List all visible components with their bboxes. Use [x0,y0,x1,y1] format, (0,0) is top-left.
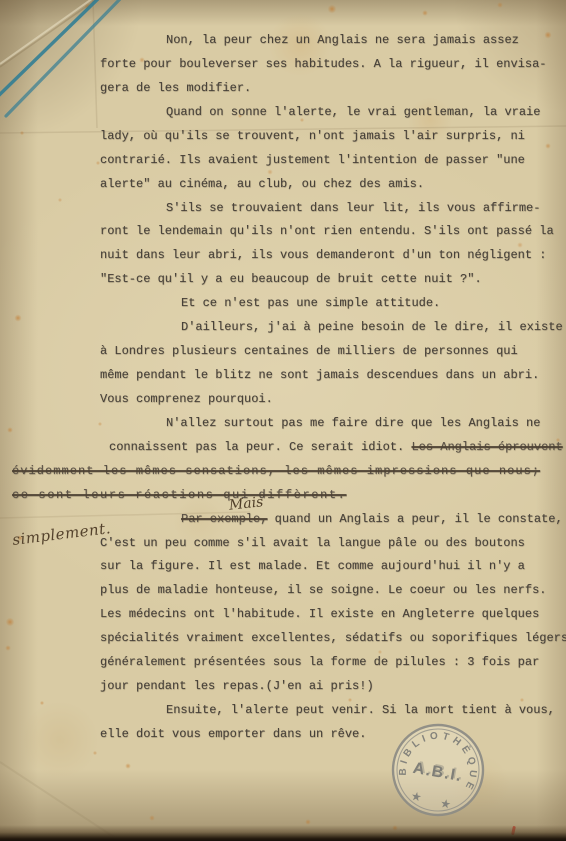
typed-segment: Vous comprenez pourquoi. [100,392,273,406]
typed-line: alerte" au cinéma, au club, ou chez des … [100,177,424,191]
typed-segment: à Londres plusieurs centaines de millier… [100,344,518,358]
document-photo: Non, la peur chez un Anglais ne sera jam… [0,0,566,841]
typed-line: nuit dans leur abri, ils vous demanderon… [100,248,546,262]
typed-segment: sur la figure. Il est malade. Et comme a… [100,559,525,573]
typed-line: N'allez surtout pas me faire dire que le… [166,416,540,430]
typed-segment: contrarié. Ils avaient justement l'inten… [100,153,525,167]
typed-line: ce sont leurs réactions qui diffèrent. [12,488,346,502]
struck-text: Les Anglais éprouvent [411,440,562,454]
typed-segment: gera de les modifier. [100,81,251,95]
typed-segment: C'est un peu comme s'il avait la langue … [100,536,525,550]
typed-segment: Et ce n'est pas une simple attitude. [181,296,440,310]
typed-segment: quand un Anglais a peur, il le constate, [267,512,562,526]
typed-segment: même pendant le blitz ne sont jamais des… [100,368,539,382]
typed-line: contrarié. Ils avaient justement l'inten… [100,153,525,167]
typed-line: S'ils se trouvaient dans leur lit, ils v… [166,201,540,215]
typed-line: Quand on sonne l'alerte, le vrai gentlem… [166,105,540,119]
struck-text: Par exemple, [181,512,267,526]
typed-line: évidemment les mêmes sensations, les mêm… [12,464,540,478]
typed-segment: jour pendant les repas.(J'en ai pris!) [100,679,374,693]
typed-segment: Non, la peur chez un Anglais ne sera jam… [166,33,519,47]
typed-line: à Londres plusieurs centaines de millier… [100,344,518,358]
typed-segment: N'allez surtout pas me faire dire que le… [166,416,540,430]
typed-line: même pendant le blitz ne sont jamais des… [100,368,539,382]
typed-line: Vous comprenez pourquoi. [100,392,273,406]
struck-text: évidemment les mêmes sensations, les mêm… [12,464,540,478]
typed-segment: S'ils se trouvaient dans leur lit, ils v… [166,201,540,215]
typed-line: sur la figure. Il est malade. Et comme a… [100,559,525,573]
typed-segment: Les médecins ont l'habitude. Il existe e… [100,607,539,621]
typed-line: lady, où qu'ils se trouvent, n'ont jamai… [100,129,525,143]
typed-segment: Quand on sonne l'alerte, le vrai gentlem… [166,105,540,119]
typed-segment: alerte" au cinéma, au club, ou chez des … [100,177,424,191]
typed-line: elle doit vous emporter dans un rêve. [100,727,366,741]
typed-segment: lady, où qu'ils se trouvent, n'ont jamai… [100,129,525,143]
typed-line: Et ce n'est pas une simple attitude. [181,296,440,310]
typed-segment: D'ailleurs, j'ai à peine besoin de le di… [181,320,563,334]
typed-segment: forte pour bouleverser ses habitudes. A … [100,57,546,71]
typed-segment: "Est-ce qu'il y a eu beaucoup de bruit c… [100,272,482,286]
typed-segment: connaissent pas la peur. Ce serait idiot… [109,440,411,454]
typed-line: C'est un peu comme s'il avait la langue … [100,536,525,550]
typed-line: D'ailleurs, j'ai à peine besoin de le di… [181,320,563,334]
typed-segment: plus de maladie honteuse, il se soigne. … [100,583,546,597]
library-stamp: BIBLIOTHÈQUE A.B.I. A.B.I. ★ ★ [378,710,498,830]
typed-line: Les médecins ont l'habitude. Il existe e… [100,607,539,621]
typed-line: connaissent pas la peur. Ce serait idiot… [109,440,563,454]
typed-segment: spécialités vraiment excellentes, sédati… [100,631,566,645]
typed-line: plus de maladie honteuse, il se soigne. … [100,583,546,597]
typed-line: ront le lendemain qu'ils n'ont rien ente… [100,224,554,238]
typed-segment: généralement présentées sous la forme de… [100,655,539,669]
paper-bottom-edge [0,825,566,841]
struck-text: ce sont leurs réactions qui diffèrent. [12,488,346,502]
typed-line: "Est-ce qu'il y a eu beaucoup de bruit c… [100,272,482,286]
typed-line: spécialités vraiment excellentes, sédati… [100,631,566,645]
typed-line: généralement présentées sous la forme de… [100,655,539,669]
typed-line: forte pour bouleverser ses habitudes. A … [100,57,546,71]
typed-line: Par exemple, quand un Anglais a peur, il… [181,512,563,526]
typed-segment: ront le lendemain qu'ils n'ont rien ente… [100,224,554,238]
typed-line: Non, la peur chez un Anglais ne sera jam… [166,33,519,47]
typed-line: gera de les modifier. [100,81,251,95]
typed-segment: elle doit vous emporter dans un rêve. [100,727,366,741]
typed-segment: nuit dans leur abri, ils vous demanderon… [100,248,546,262]
typed-line: jour pendant les repas.(J'en ai pris!) [100,679,374,693]
